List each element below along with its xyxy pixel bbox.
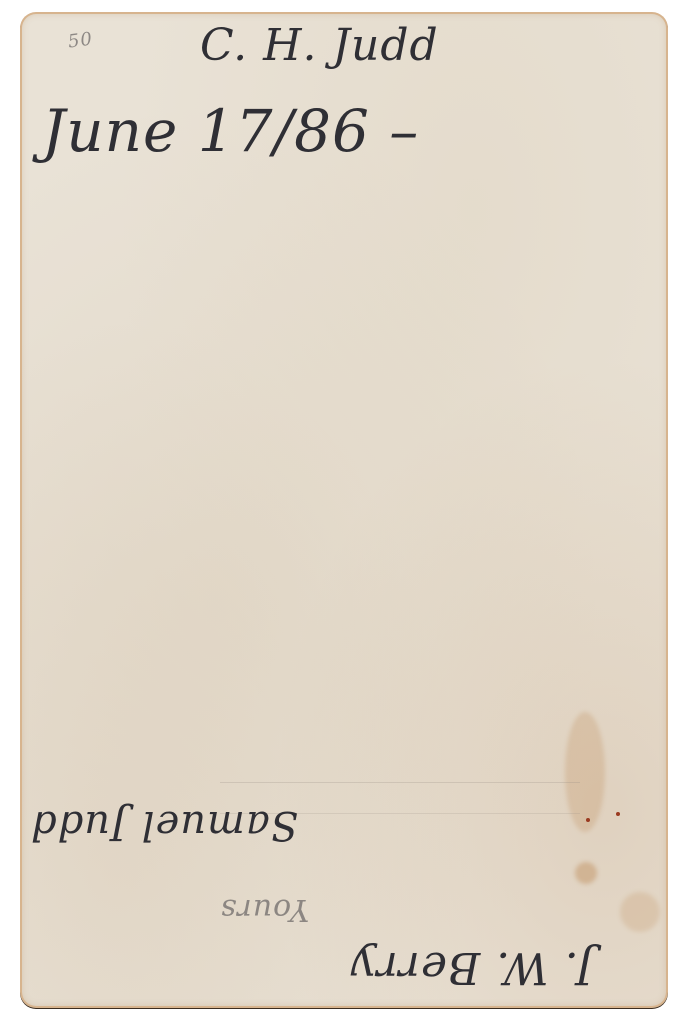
- name-inscription: C. H. Judd: [200, 20, 439, 71]
- upside-down-closing-inscription: Yours: [220, 892, 309, 927]
- rust-speck: [616, 812, 620, 816]
- cabinet-card-back: 50 C. H. Judd June 17/86 – Samuel Judd Y…: [20, 12, 668, 1008]
- water-stain: [565, 712, 605, 832]
- corner-number-inscription: 50: [67, 28, 95, 52]
- rust-speck: [586, 818, 590, 822]
- foxing-stain: [620, 892, 660, 932]
- foxing-stain: [575, 862, 597, 884]
- upside-down-name-inscription: Samuel Judd: [30, 802, 298, 848]
- date-inscription: June 17/86 –: [42, 97, 419, 165]
- upside-down-signature-inscription: J. W. Berry: [350, 942, 594, 993]
